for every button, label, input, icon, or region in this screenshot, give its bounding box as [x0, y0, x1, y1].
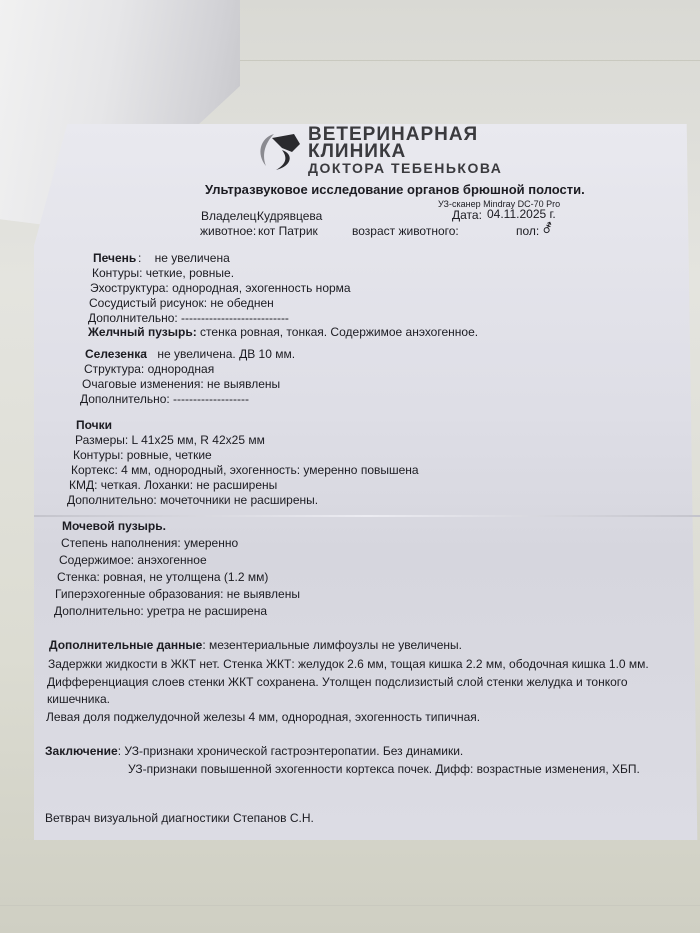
owner-label: Владелец: — [201, 209, 260, 223]
kidneys-cmd: КМД: четкая. Лоханки: не расширены — [69, 478, 277, 492]
spleen-structure: Структура: однородная — [84, 362, 214, 376]
male-symbol-icon: ⚦ — [542, 221, 553, 237]
liver-value: : не увеличена — [138, 251, 230, 265]
conclusion-line-1: Заключение: УЗ-признаки хронической гаст… — [45, 744, 463, 758]
report-title: Ультразвуковое исследование органов брюш… — [205, 182, 585, 197]
table-edge — [0, 905, 700, 906]
date-label: Дата: — [452, 208, 482, 222]
additional-intestine: кишечника. — [47, 692, 110, 706]
kidneys-size: Размеры: L 41x25 мм, R 42x25 мм — [75, 433, 265, 447]
bladder-content: Содержимое: анэхогенное — [59, 553, 207, 567]
sex-label: пол: — [516, 224, 539, 238]
liver-additional: Дополнительно: -------------------------… — [88, 311, 289, 325]
animal-label: животное: — [200, 224, 256, 238]
paper-fold-crease — [34, 515, 700, 517]
animal-value: кот Патрик — [258, 224, 318, 238]
kidneys-label: Почки — [76, 418, 112, 432]
spleen-focal: Очаговые изменения: не выявлены — [82, 377, 280, 391]
spleen-value: : не увеличена. ДВ 10 мм. — [144, 347, 295, 361]
bladder-hyperechoic: Гиперэхогенные образования: не выявлены — [55, 587, 300, 601]
bladder-label: Мочевой пузырь. — [62, 519, 166, 533]
liver-vascular: Сосудистый рисунок: не обеднен — [89, 296, 274, 310]
owner-value: Кудрявцева — [257, 209, 322, 223]
additional-differentiation: Дифференциация слоев стенки ЖКТ сохранен… — [47, 675, 628, 689]
liver-echostructure: Эхоструктура: однородная, эхогенность но… — [90, 281, 351, 295]
bladder-additional: Дополнительно: уретра не расширена — [54, 604, 267, 618]
additional-data-line: Дополнительные данные: мезентериальные л… — [49, 638, 462, 652]
liver-contours: Контуры: четкие, ровные. — [92, 266, 234, 280]
bladder-wall: Стенка: ровная, не утолщена (1.2 мм) — [57, 570, 268, 584]
age-label: возраст животного: — [352, 224, 459, 238]
clinic-name: ВЕТЕРИНАРНАЯ КЛИНИКА ДОКТОРА ТЕБЕНЬКОВА — [308, 126, 502, 177]
doctor-signature: Ветврач визуальной диагностики Степанов … — [45, 811, 314, 825]
conclusion-line-2: УЗ-признаки повышенной эхогенности корте… — [128, 762, 640, 776]
spleen-additional: Дополнительно: ------------------- — [80, 392, 249, 406]
date-value: 04.11.2025 г. — [487, 207, 556, 221]
additional-pancreas: Левая доля поджелудочной железы 4 мм, од… — [46, 710, 480, 724]
additional-gi-wall: Задержки жидкости в ЖКТ нет. Стенка ЖКТ:… — [48, 657, 649, 671]
bladder-filling: Степень наполнения: умеренно — [61, 536, 238, 550]
clinic-logo-icon — [254, 130, 306, 172]
spleen-label: Селезенка — [85, 347, 147, 361]
kidneys-additional: Дополнительно: мочеточники не расширены. — [67, 493, 318, 507]
kidneys-contours: Контуры: ровные, четкие — [73, 448, 212, 462]
kidneys-cortex: Кортекс: 4 мм, однородный, эхогенность: … — [71, 463, 419, 477]
liver-label: Печень — [93, 251, 136, 265]
gallbladder-line: Желчный пузырь: стенка ровная, тонкая. С… — [88, 325, 478, 339]
